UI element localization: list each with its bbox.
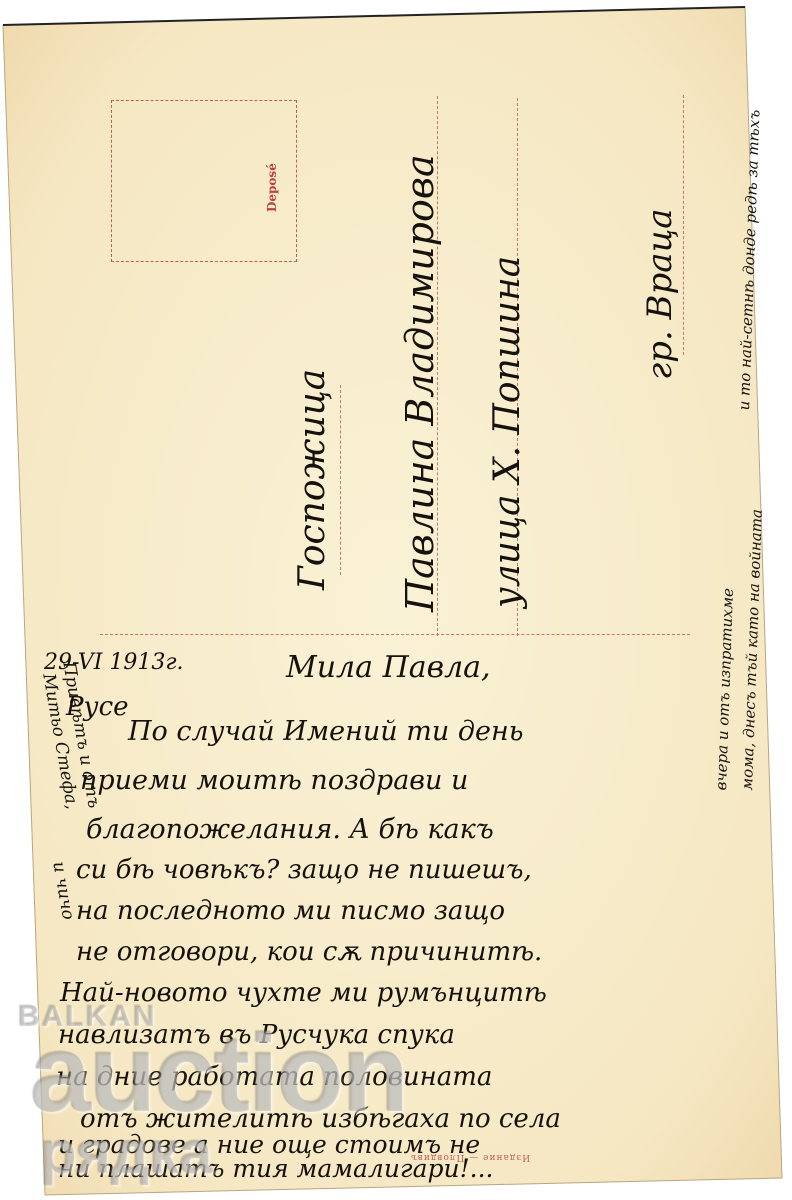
depose-label: Deposé: [265, 163, 279, 212]
letter-place: Русе: [66, 692, 129, 722]
address-line4: гр. Враца: [640, 208, 680, 380]
divider-line: [100, 634, 690, 635]
letter-line: си бѣ човѣкъ? защо не пишешъ,: [76, 855, 532, 885]
watermark-sub: рядка: [40, 1118, 212, 1187]
letter-line: По случай Имений ти день: [128, 716, 523, 747]
address-line1: Госпожица: [292, 369, 333, 590]
letter-line: на последното ми писмо защо: [76, 896, 505, 926]
address-line-4: [683, 95, 684, 355]
address-line-1: [340, 385, 341, 575]
letter-line: не отговори, кои сѫ причинитѣ.: [76, 937, 542, 967]
publisher-imprint: Издание — Пловдивъ: [410, 1152, 530, 1162]
letter-date: 29-VI 1913г.: [44, 650, 184, 675]
address-line3: улица Х. Попшина: [487, 256, 528, 608]
letter-line: благопожелания. А бѣ какъ: [86, 814, 494, 845]
postcard-back: Deposé Госпожица Павлина Владимирова ули…: [0, 0, 792, 1200]
letter-line: приеми моитѣ поздрави и: [80, 765, 468, 796]
letter-greeting: Мила Павла,: [286, 650, 491, 685]
address-line2: Павлина Владимирова: [398, 154, 442, 612]
